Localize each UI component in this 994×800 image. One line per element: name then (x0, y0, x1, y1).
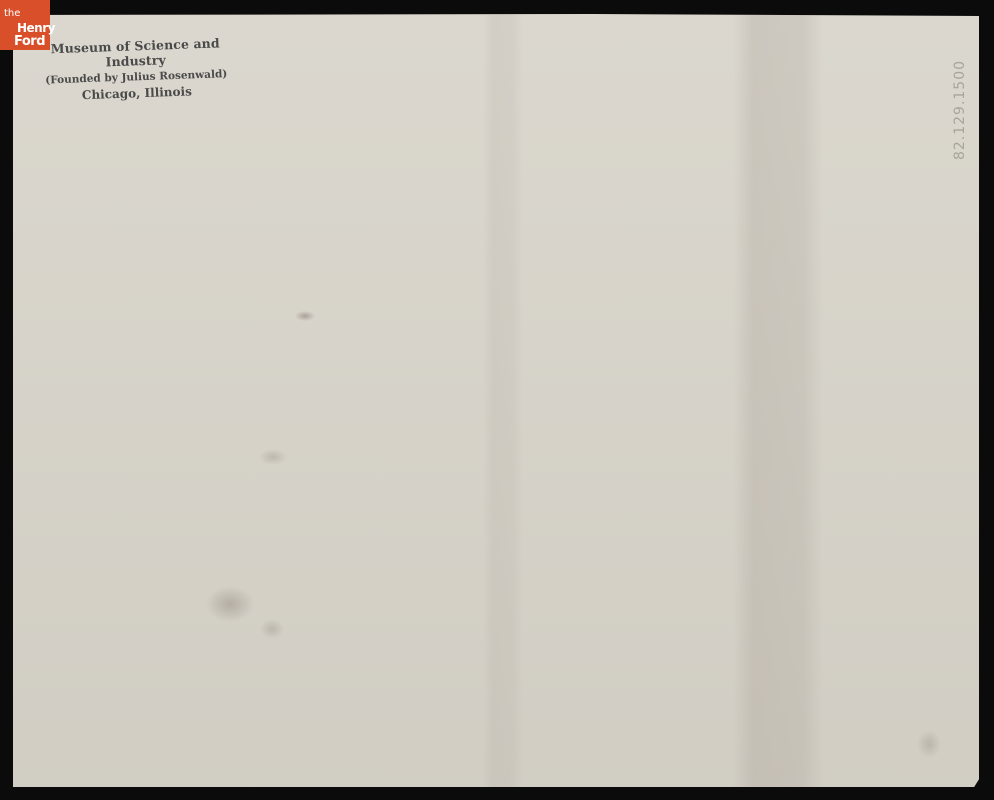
accession-number: 82.129.1500 (952, 60, 968, 160)
stamp-museum-name: Museum of Science and Industry (30, 35, 241, 72)
logo-henry: Henry (17, 22, 55, 34)
logo-the: the (4, 9, 20, 19)
paper-sheet (13, 14, 979, 787)
museum-stamp: Museum of Science and Industry (Founded … (30, 35, 242, 104)
